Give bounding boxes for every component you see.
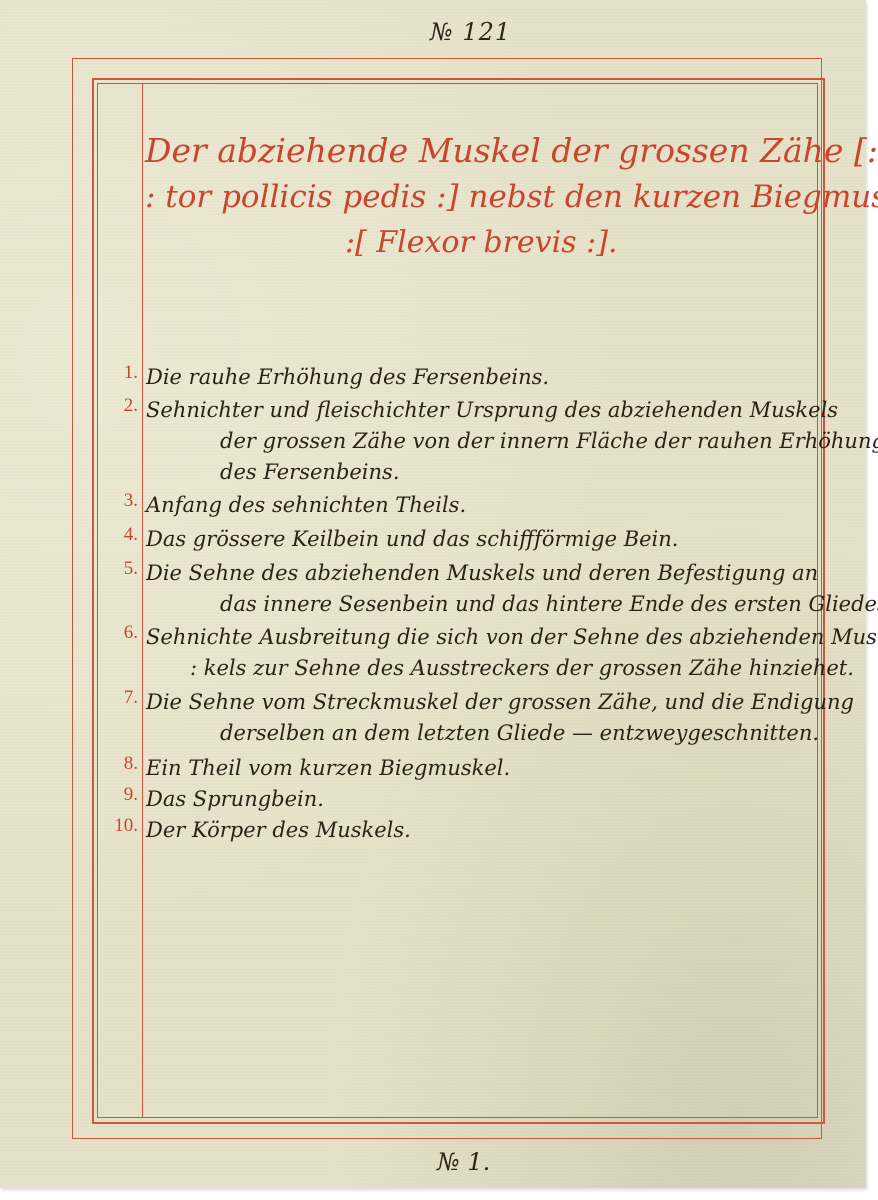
outer-frame-bottom xyxy=(72,1138,822,1139)
item-number: 2. xyxy=(100,395,138,417)
item-number: 4. xyxy=(100,524,138,546)
item-text-continuation: : kels zur Sehne des Ausstreckers der gr… xyxy=(100,653,820,684)
item-number: 5. xyxy=(100,558,138,580)
manuscript-page: № 121 Der abziehende Muskel der grossen … xyxy=(0,0,866,1188)
item-text: Anfang des sehnichten Theils. xyxy=(100,490,820,521)
item-text: Der Körper des Muskels. xyxy=(100,815,820,846)
legend-item: 1. Die rauhe Erhöhung des Fersenbeins. xyxy=(100,362,820,393)
item-text: Die Sehne des abziehenden Muskels und de… xyxy=(100,558,820,589)
item-number: 8. xyxy=(100,753,138,775)
legend-list: 1. Die rauhe Erhöhung des Fersenbeins. 2… xyxy=(100,362,820,846)
item-number: 9. xyxy=(100,784,138,806)
legend-item: 5. Die Sehne des abziehenden Muskels und… xyxy=(100,558,820,620)
legend-item: 10. Der Körper des Muskels. xyxy=(100,815,820,846)
outer-frame-top xyxy=(72,58,821,59)
outer-frame-left xyxy=(72,58,73,1139)
inner-frame-thin-bottom xyxy=(97,1117,818,1118)
item-text-continuation: das innere Sesenbein und das hintere End… xyxy=(100,589,820,620)
item-text-continuation: des Fersenbeins. xyxy=(100,457,820,488)
inner-frame-thin-top xyxy=(97,83,818,84)
item-number: 1. xyxy=(100,362,138,384)
inner-frame-thick-top xyxy=(92,78,825,80)
inner-frame-thick-bottom xyxy=(92,1122,825,1124)
folio-number-top: № 121 xyxy=(430,18,511,46)
legend-item: 8. Ein Theil vom kurzen Biegmuskel. xyxy=(100,753,820,784)
inner-frame-thin-left xyxy=(97,83,98,1118)
item-text: Die Sehne vom Streckmuskel der grossen Z… xyxy=(100,687,820,718)
legend-item: 9. Das Sprungbein. xyxy=(100,784,820,815)
item-text: Das grössere Keilbein und das schiffförm… xyxy=(100,524,820,555)
item-text-continuation: der grossen Zähe von der innern Fläche d… xyxy=(100,426,820,457)
legend-item: 3. Anfang des sehnichten Theils. xyxy=(100,490,820,521)
item-number: 10. xyxy=(100,815,138,837)
item-text: Sehnichte Ausbreitung die sich von der S… xyxy=(100,622,820,653)
item-text: Das Sprungbein. xyxy=(100,784,820,815)
inner-frame-thick-left xyxy=(92,78,94,1124)
folio-number-bottom: № 1. xyxy=(437,1148,490,1176)
legend-item: 2. Sehnichter und fleischichter Ursprung… xyxy=(100,395,820,488)
title-line-1: Der abziehende Muskel der grossen Zähe [… xyxy=(145,128,825,174)
page-title: Der abziehende Muskel der grossen Zähe [… xyxy=(145,128,825,266)
item-text: Die rauhe Erhöhung des Fersenbeins. xyxy=(100,362,820,393)
item-number: 7. xyxy=(100,687,138,709)
item-number: 6. xyxy=(100,622,138,644)
legend-item: 7. Die Sehne vom Streckmuskel der grosse… xyxy=(100,687,820,749)
item-number: 3. xyxy=(100,490,138,512)
legend-item: 4. Das grössere Keilbein und das schifff… xyxy=(100,524,820,555)
title-line-2: : tor pollicis pedis :] nebst den kurzen… xyxy=(145,174,825,220)
item-text-continuation: derselben an dem letzten Gliede — entzwe… xyxy=(100,718,820,749)
legend-item: 6. Sehnichte Ausbreitung die sich von de… xyxy=(100,622,820,684)
item-text: Ein Theil vom kurzen Biegmuskel. xyxy=(100,753,820,784)
item-text: Sehnichter und fleischichter Ursprung de… xyxy=(100,395,820,426)
title-line-3: :[ Flexor brevis :]. xyxy=(145,220,825,266)
